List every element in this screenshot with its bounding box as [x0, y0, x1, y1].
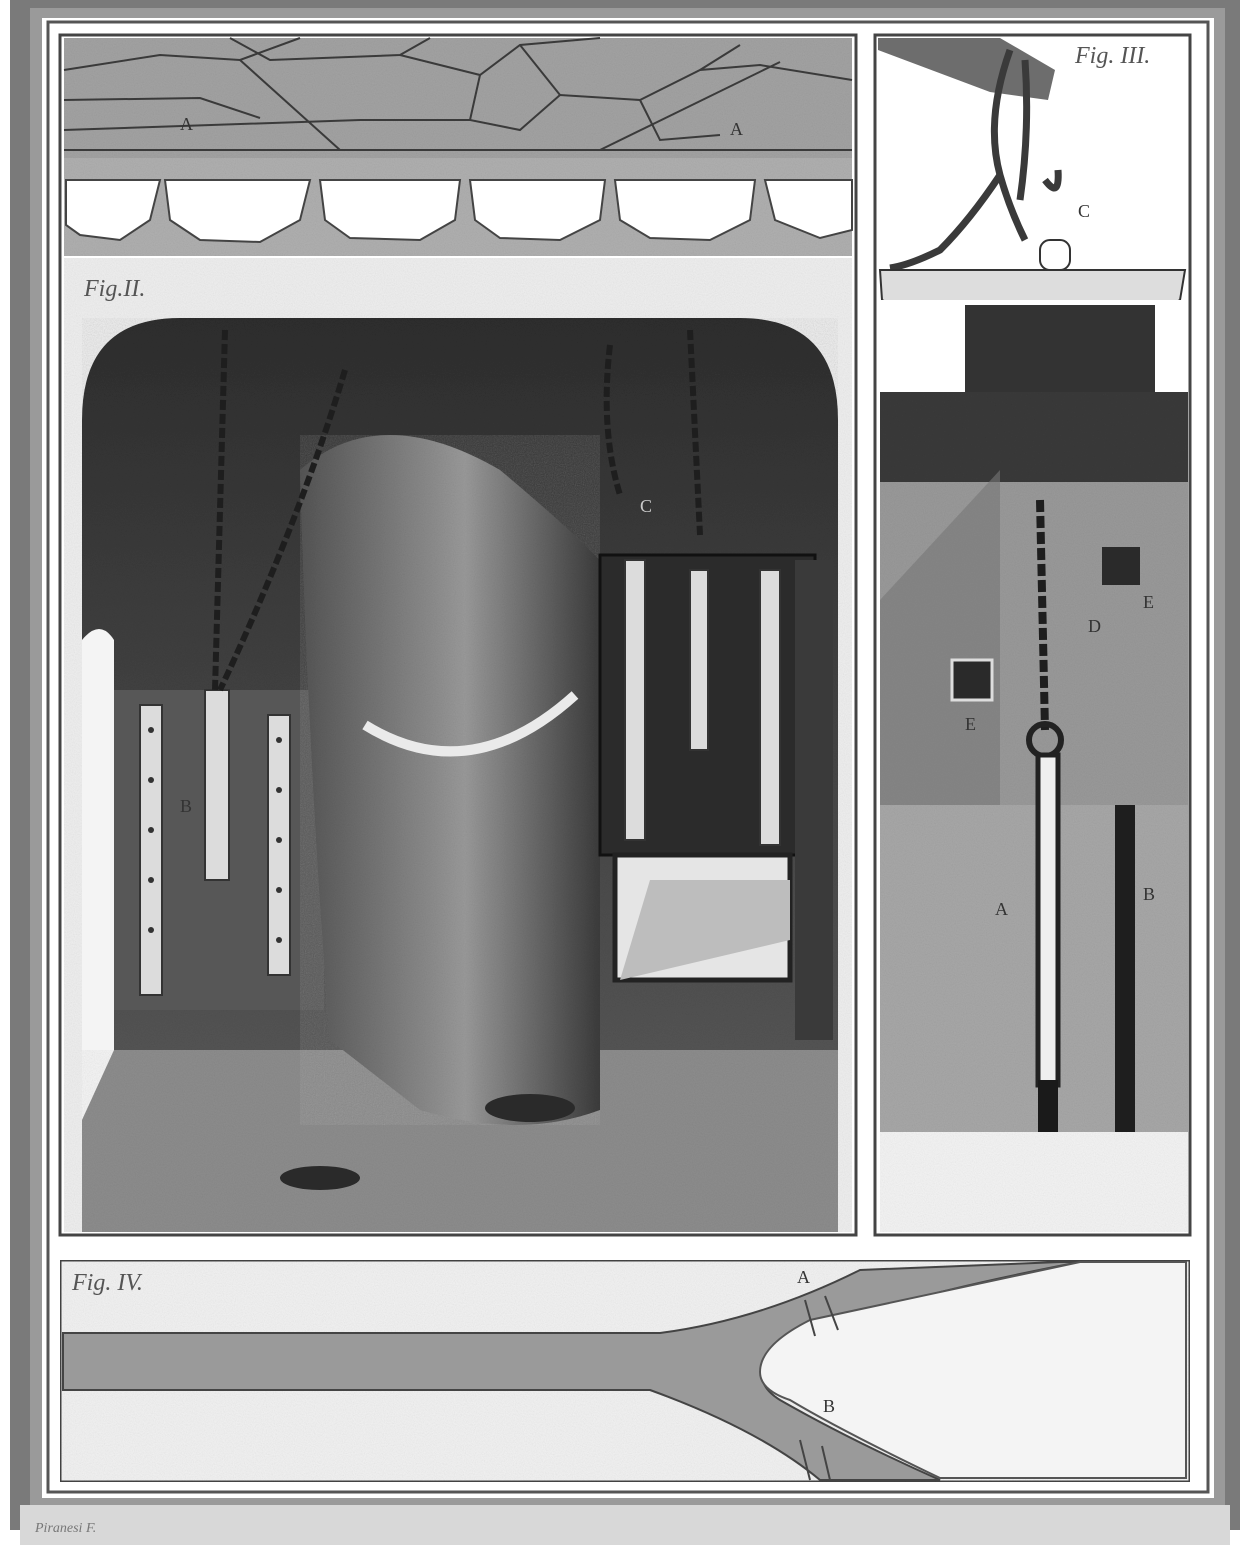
fig3-key-b: B: [1143, 884, 1155, 904]
shackle-bar: [140, 705, 162, 995]
figure-3-panel: Fig. III. C E E D A B: [875, 35, 1190, 1235]
fig4-key-a: A: [797, 1267, 810, 1287]
fig2-key-a-left: A: [180, 114, 193, 134]
shackle-bar: [760, 570, 780, 845]
shackle-bar: [690, 570, 708, 750]
shackle-bar: [625, 560, 645, 840]
fig4-title: Fig. IV.: [71, 1270, 143, 1296]
wall-chain: [1040, 500, 1045, 730]
fig3-key-a: A: [995, 899, 1008, 919]
fig3-key-c: C: [1078, 201, 1090, 221]
fig3-key-e-upper: E: [1143, 592, 1154, 612]
fig2-key-c: C: [640, 496, 652, 516]
shackle-bar: [205, 690, 229, 880]
fig2-key-b-left: B: [180, 796, 192, 816]
fig2-title: Fig.II.: [83, 276, 145, 302]
engraver-signature: Piranesi F.: [34, 1521, 96, 1536]
fig3-key-d: D: [1088, 616, 1101, 636]
engraving-plate: A A Fig.II.: [0, 0, 1250, 1555]
fig2-key-a-right: A: [730, 119, 743, 139]
fig3-title: Fig. III.: [1074, 43, 1150, 69]
shackle-bar: [268, 715, 290, 975]
central-pillar: [300, 435, 600, 1125]
figure-2-panel: A A Fig.II.: [60, 35, 856, 1235]
fig4-key-b: B: [823, 1396, 835, 1416]
figure-4-panel: Fig. IV. A B: [60, 1260, 1190, 1482]
fig3-key-e-lower: E: [965, 714, 976, 734]
